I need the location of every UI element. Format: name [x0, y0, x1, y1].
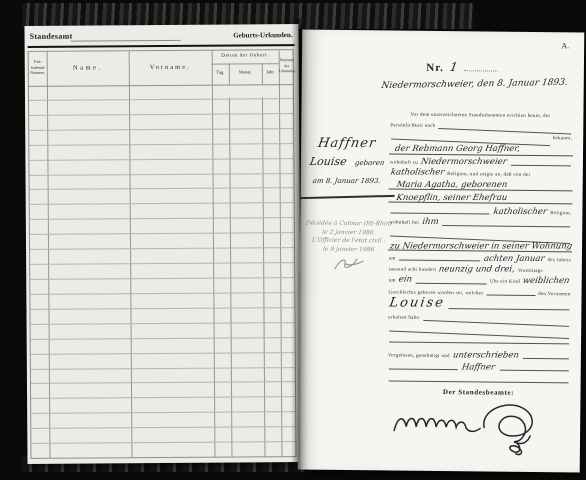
register-table: Fort- laufende Nummer. Name. Vorname. Da… [28, 49, 297, 459]
handwritten-text: achten Januar [481, 255, 547, 263]
place-date-line: Niedermorschweier, den 8. Januar 1893. [379, 79, 575, 91]
margin-rule [301, 195, 395, 199]
margin-surname: Haffner [315, 137, 379, 150]
table-rows [29, 84, 296, 458]
record-number-value: 1 [447, 61, 461, 73]
column-header-month: Monat. [229, 69, 262, 74]
standesamt-blank-line [71, 40, 181, 42]
handwritten-name: Louise [386, 297, 448, 310]
margin-born-label: geboren [352, 160, 386, 167]
column-header-cert-number: Nummer der Urkunden. [279, 57, 295, 74]
handwritten-text: Knoepflin, seiner Ehefrau [394, 194, 510, 202]
death-annotation-lines: Décédée à Colmar (Ht-Rhin)le 2 janvier 1… [301, 220, 396, 255]
handwritten-text: Haffner [460, 363, 498, 371]
column-header-vorname: Vorname. [129, 64, 212, 72]
standesamt-label: Standesamt [30, 32, 73, 41]
handwritten-text: zu Niedermorschweier in seiner Wohnung [387, 242, 575, 250]
birthdate-group-rule [212, 63, 279, 64]
margin-birth-date: am 8. Januar 1893. [310, 178, 383, 185]
column-header-text: Nummer. [29, 70, 47, 76]
handwritten-text: katholischer [491, 208, 550, 216]
column-header-text: Urkunden. [279, 68, 295, 74]
annotation-signature-icon [331, 256, 365, 272]
right-page: A. Nr. 1 Niedermorschweier, den 8. Janua… [298, 30, 585, 473]
blank-line [389, 342, 569, 345]
margin-name-note: Haffner Louise geboren am 8. Januar 1893… [303, 134, 392, 189]
column-header-text: Nummer [279, 57, 295, 63]
death-annotation-line: Décédée à Colmar (Ht-Rhin) [301, 220, 397, 229]
column-header-day: Tag. [212, 70, 229, 75]
handwritten-text: katholischer [388, 169, 447, 177]
handwritten-text: weiblichen [520, 278, 572, 286]
record-number-label: Nr. [426, 62, 444, 74]
table-row [31, 442, 295, 458]
death-annotation-line: le 9 janvier 1986 [301, 245, 397, 254]
margin-given-name: Louise [307, 156, 349, 167]
corner-mark: A. [561, 41, 569, 50]
handwritten-text: unterschrieben [450, 351, 521, 359]
death-annotation-line: L'Officier de l'état civil : [301, 237, 397, 246]
record-line [387, 332, 571, 345]
dotted-line [463, 70, 497, 71]
record-number: Nr. 1 [362, 57, 562, 77]
handwritten-text: ein [396, 276, 415, 284]
death-annotation: Décédée à Colmar (Ht-Rhin)le 2 janvier 1… [301, 220, 397, 278]
header-rule [28, 44, 295, 48]
handwritten-text: der Rebmann Georg Haffner, [392, 146, 522, 154]
column-header-name: Name. [47, 64, 129, 72]
handwritten-text: Maria Agatha, geborenen [394, 181, 510, 189]
table-header: Fort- laufende Nummer. Name. Vorname. Da… [29, 50, 293, 87]
register-title-label: Geburts-Urkunden. [233, 31, 292, 39]
column-header-row-number: Fort- laufende Nummer. [29, 59, 47, 76]
column-header-birthdate-group: Datum der Geburt. [212, 53, 279, 58]
left-page: Standesamt Geburts-Urkunden. Fort- laufe… [24, 24, 301, 464]
registrar-signature-icon [390, 396, 563, 456]
record-body: Vor dem unterzeichneten Standesbeamten e… [387, 106, 574, 384]
handwritten-text: ihm [419, 218, 441, 226]
column-header-year: Jahr. [262, 69, 279, 74]
